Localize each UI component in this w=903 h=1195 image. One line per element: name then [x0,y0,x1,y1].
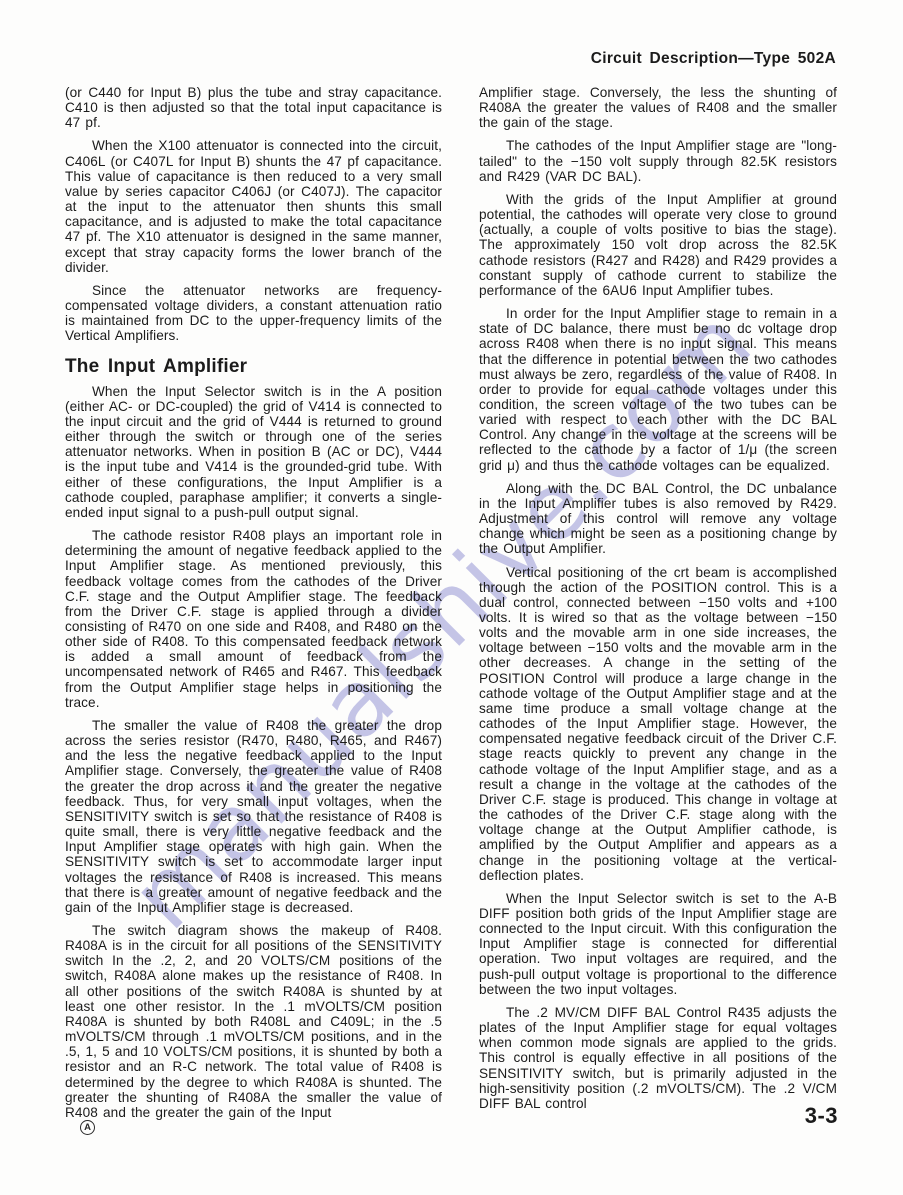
circled-a-mark: A [80,1120,95,1135]
paragraph: The cathodes of the Input Amplifier stag… [479,138,837,183]
paragraph: Along with the DC BAL Control, the DC un… [479,481,837,557]
paragraph: The cathode resistor R408 plays an impor… [65,528,442,710]
paragraph: When the X100 attenuator is connected in… [65,138,442,274]
paragraph: When the Input Selector switch is set to… [479,891,837,997]
paragraph: With the grids of the Input Amplifier at… [479,192,837,298]
paragraph: The switch diagram shows the makeup of R… [65,923,442,1120]
paragraph: When the Input Selector switch is in the… [65,384,442,520]
paragraph: Amplifier stage. Conversely, the less th… [479,85,837,130]
paragraph: Vertical positioning of the crt beam is … [479,565,837,883]
right-column: Amplifier stage. Conversely, the less th… [479,85,837,1128]
section-heading: The Input Amplifier [65,359,442,374]
paragraph: The smaller the value of R408 the greate… [65,718,442,915]
paragraph: The .2 MV/CM DIFF BAL Control R435 adjus… [479,1005,837,1111]
page-header: Circuit Description—Type 502A [591,50,836,68]
page-number: 3-3 [805,1103,838,1129]
paragraph: In order for the Input Amplifier stage t… [479,306,837,473]
revision-mark: A [80,1117,95,1135]
two-column-body: (or C440 for Input B) plus the tube and … [65,85,837,1128]
left-column: (or C440 for Input B) plus the tube and … [65,85,442,1128]
paragraph: Since the attenuator networks are freque… [65,283,442,344]
paragraph: (or C440 for Input B) plus the tube and … [65,85,442,130]
manual-page: manualshive.com Circuit Description—Type… [0,0,903,1195]
